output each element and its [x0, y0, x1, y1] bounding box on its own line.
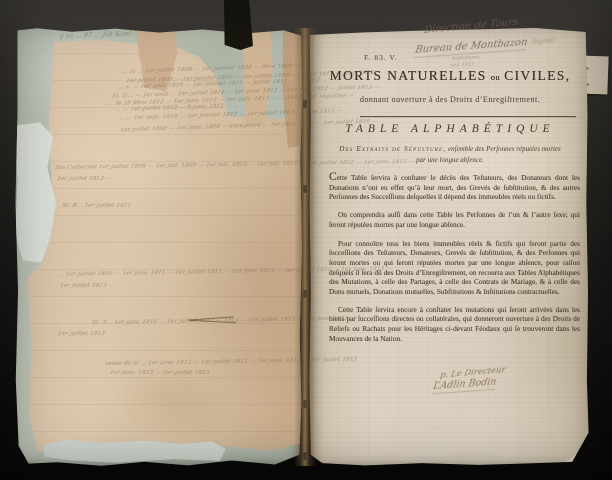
handwriting-line: 1er juillet 1809 — 1er janvier 1810 — 1e…	[125, 70, 382, 85]
annotation-bureau: Bureau de Montbazon	[414, 37, 528, 58]
handwriting-line: Ste Catherine 1er juillet 1808 — 1er jui…	[54, 159, 415, 171]
signature-line1: p. Le Directeur	[439, 365, 506, 381]
handwriting-line: St. G… — 1er août — 1er juillet 1811 — 1…	[111, 84, 380, 99]
handwriting-line: 1er juillet 1813	[57, 331, 105, 337]
annotation-small1: Sépultures	[452, 54, 480, 61]
handwriting-line: vente de la … 1er janv. 1812 — 1er juill…	[104, 357, 358, 367]
handwriting-line: 1er janv. 1813 — 1er juillet 1813	[109, 370, 210, 376]
handwriting-line: … s. … 1er août 1810 — 1er janvier 1811 …	[117, 77, 328, 90]
handwriting-line: 1er juillet 1813 —	[56, 176, 112, 182]
handwriting-layer: Direction de Tours Signail Bureau de Mon…	[0, 0, 612, 480]
annotation-pencil: Signail	[532, 36, 556, 46]
annotation-small2: nov. 1813	[450, 61, 475, 68]
ink-strikethrough	[190, 320, 236, 326]
handwriting-line: … la … 1er juillet 1808 — 1er janvier 18…	[121, 63, 308, 76]
handwriting-line: 1er juillet 1813 —	[59, 283, 115, 289]
handwriting-line: 1er juillet 1808 — 1er janv. 1809 — enre…	[119, 118, 378, 133]
handwriting-line: … — 1er juillet 1812 — 9 janv. 1813 — …	[114, 103, 240, 113]
annotation-direction: Direction de Tours	[423, 17, 518, 36]
signature-line2: L’Adlin Bodin	[432, 377, 497, 395]
handwriting-line: … le 28 8bre 1812 — 1er janv. 1813 — 1er…	[107, 93, 354, 108]
handwriting-line: … 1er juillet 1810 — 1er janv. 1811 — 1e…	[57, 266, 392, 278]
handwriting-line: St. B… 1er juillet 1811	[61, 203, 132, 209]
handwriting-line: … — 1er sept. 1810 — 1er janvier 1812 — …	[117, 108, 343, 122]
archive-scan-viewport: F. 83. V. MORTS NATURELLES ou CIVILES, d…	[0, 0, 612, 480]
handwriting-line: y vu … 97 … Job Saml	[59, 31, 131, 41]
